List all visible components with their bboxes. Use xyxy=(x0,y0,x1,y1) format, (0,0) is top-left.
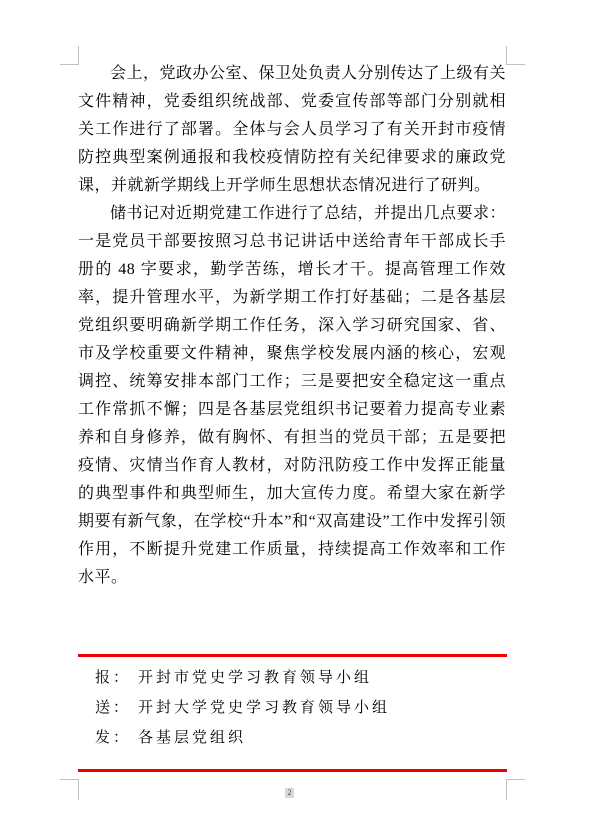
crop-mark-bottom-left-icon xyxy=(60,779,79,800)
distribution-row-fa: 发：各基层党组织 xyxy=(78,723,507,753)
distribution-label: 发： xyxy=(95,730,131,746)
paragraph-secretary-requirements: 储书记对近期党建工作进行了总结，并提出几点要求：一是党员干部要按照习总书记讲话中… xyxy=(78,200,506,592)
distribution-row-bao: 报：开封市党史学习教育领导小组 xyxy=(78,663,507,693)
distribution-value: 各基层党组织 xyxy=(138,730,246,746)
document-body: 会上，党政办公室、保卫处负责人分别传达了上级有关文件精神，党委组织统战部、党委宣… xyxy=(78,60,506,592)
distribution-label: 送： xyxy=(95,700,131,716)
red-divider-top xyxy=(78,654,507,657)
crop-mark-bottom-right-icon xyxy=(506,779,525,800)
document-page: 会上，党政办公室、保卫处负责人分别传达了上级有关文件精神，党委组织统战部、党委宣… xyxy=(0,0,590,839)
page-number-field: 2 xyxy=(285,788,294,798)
distribution-value: 开封市党史学习教育领导小组 xyxy=(138,670,372,686)
distribution-value: 开封大学党史学习教育领导小组 xyxy=(138,700,390,716)
paragraph-meeting-summary: 会上，党政办公室、保卫处负责人分别传达了上级有关文件精神，党委组织统战部、党委宣… xyxy=(78,60,506,200)
crop-mark-top-left-icon xyxy=(60,46,79,65)
distribution-list: 报：开封市党史学习教育领导小组 送：开封大学党史学习教育领导小组 发：各基层党组… xyxy=(78,663,507,753)
crop-mark-top-right-icon xyxy=(506,46,525,65)
red-divider-bottom xyxy=(78,769,507,772)
distribution-label: 报： xyxy=(95,670,131,686)
distribution-row-song: 送：开封大学党史学习教育领导小组 xyxy=(78,693,507,723)
